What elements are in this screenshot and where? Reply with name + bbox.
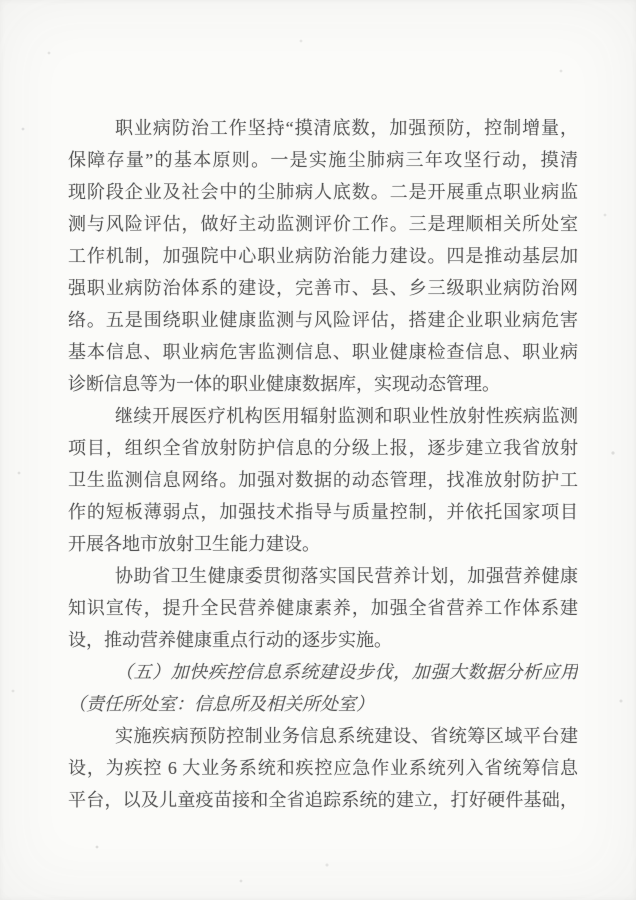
text-line: 职业病防治工作坚持“摸清底数，加强预防，控制增量， [68, 112, 578, 144]
text-line: （责任所处室：信息所及相关所处室） [68, 688, 578, 720]
document-text: 职业病防治工作坚持“摸清底数，加强预防，控制增量，保障存量”的基本原则。一是实施… [68, 112, 578, 816]
text-line: 设，推动营养健康重点行动的逐步实施。 [68, 624, 578, 656]
text-line: 络。五是围绕职业健康监测与风险评估，搭建企业职业病危害 [68, 304, 578, 336]
scanned-page: 职业病防治工作坚持“摸清底数，加强预防，控制增量，保障存量”的基本原则。一是实施… [0, 0, 636, 900]
text-line: 实施疾病预防控制业务信息系统建设、省统筹区域平台建 [68, 720, 578, 752]
text-line: 协助省卫生健康委贯彻落实国民营养计划，加强营养健康 [68, 560, 578, 592]
text-line: 强职业病防治体系的建设，完善市、县、乡三级职业病防治网 [68, 272, 578, 304]
text-line: 诊断信息等为一体的职业健康数据库，实现动态管理。 [68, 368, 578, 400]
text-line: 项目，组织全省放射防护信息的分级上报，逐步建立我省放射 [68, 432, 578, 464]
scan-noise [0, 0, 2, 2]
text-line: 工作机制，加强院中心职业病防治能力建设。四是推动基层加 [68, 240, 578, 272]
text-line: 设，为疾控 6 大业务系统和疾控应急作业系统列入省统筹信息 [68, 752, 578, 784]
text-line: 开展各地市放射卫生能力建设。 [68, 528, 578, 560]
text-line: 继续开展医疗机构医用辐射监测和职业性放射性疾病监测 [68, 400, 578, 432]
text-line: 平台，以及儿童疫苗接和全省追踪系统的建立，打好硬件基础， [68, 784, 578, 816]
text-line: （五）加快疾控信息系统建设步伐，加强大数据分析应用 [68, 656, 578, 688]
text-line: 现阶段企业及社会中的尘肺病人底数。二是开展重点职业病监 [68, 176, 578, 208]
text-line: 卫生监测信息网络。加强对数据的动态管理，找准放射防护工 [68, 464, 578, 496]
text-line: 基本信息、职业病危害监测信息、职业健康检查信息、职业病 [68, 336, 578, 368]
text-line: 作的短板薄弱点，加强技术指导与质量控制，并依托国家项目 [68, 496, 578, 528]
text-line: 保障存量”的基本原则。一是实施尘肺病三年攻坚行动，摸清 [68, 144, 578, 176]
text-line: 测与风险评估，做好主动监测评价工作。三是理顺相关所处室 [68, 208, 578, 240]
text-line: 知识宣传，提升全民营养健康素养，加强全省营养工作体系建 [68, 592, 578, 624]
